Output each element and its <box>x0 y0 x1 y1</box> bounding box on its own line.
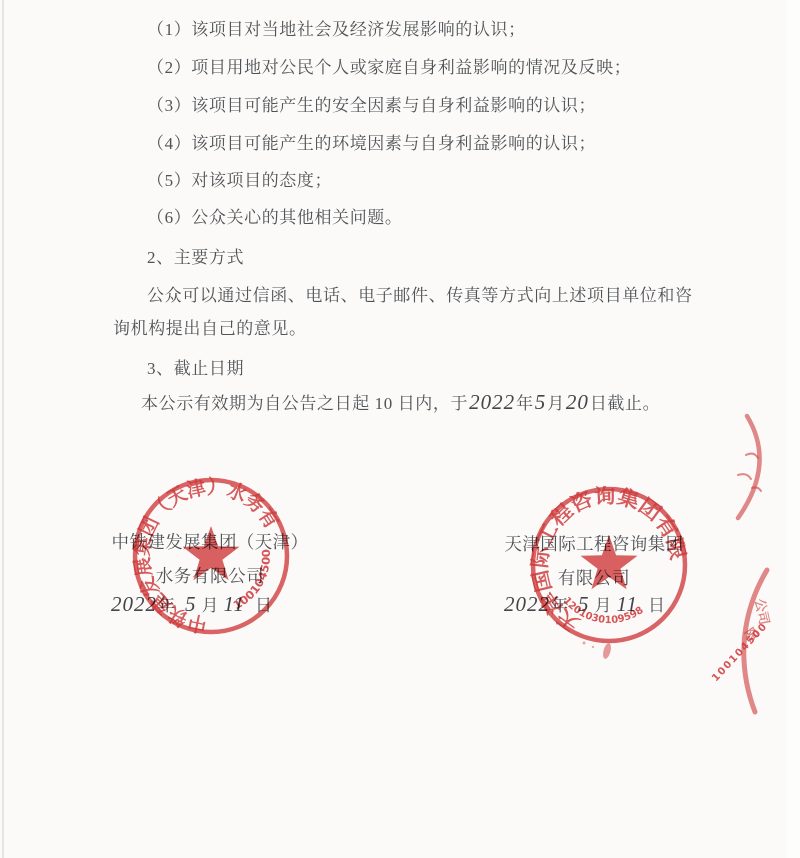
section2-paragraph-line1: 公众可以通过信函、电话、电子邮件、传真等方式向上述项目单位和咨 <box>147 286 693 306</box>
deadline-line: 本公示有效期为自公告之日起 10 日内，于2022年5月20日截止。 <box>141 394 660 414</box>
edge-stamp-lower-code: 100104500 <box>710 621 770 684</box>
seal-right-ink-speck <box>592 646 594 648</box>
seal-right-star-icon <box>581 535 638 589</box>
list-item-3: （3）该项目可能产生的安全因素与自身利益影响的认识； <box>147 96 596 116</box>
company-seal-left: 中铁建发展集团（天津）水务有限公司 100104500 <box>131 476 291 656</box>
list-item-2: （2）项目用地对公民个人或家庭自身利益影响的情况及反映； <box>147 58 631 78</box>
list-item-1: （1）该项目对当地社会及经济发展影响的认识； <box>147 20 526 40</box>
svg-text:100104500: 100104500 <box>231 548 273 612</box>
edge-stamp-upper-mark <box>738 474 751 479</box>
edge-stamp-upper-arc <box>738 416 760 518</box>
seal-right-ink-drip <box>602 642 613 659</box>
section2-heading: 2、主要方式 <box>147 248 244 268</box>
deadline-month-unit: 月 <box>547 394 565 413</box>
deadline-month-handwritten: 5 <box>535 390 547 414</box>
seal-left-star-icon <box>183 526 240 580</box>
edge-stamp-fragments: 公司 限 100104500 <box>700 400 800 720</box>
scan-edge-shadow <box>2 0 4 858</box>
scanned-document-page: （1）该项目对当地社会及经济发展影响的认识； （2）项目用地对公民个人或家庭自身… <box>0 0 800 858</box>
deadline-day-handwritten: 20 <box>566 390 589 414</box>
list-item-4: （4）该项目可能产生的环境因素与自身利益影响的认识； <box>147 134 596 154</box>
list-item-6: （6）公众关心的其他相关问题。 <box>147 208 403 228</box>
seal-right-ink-speck <box>583 642 586 645</box>
seal-left-code: 100104500 <box>231 548 273 612</box>
section2-paragraph-line2: 询机构提出自己的意见。 <box>113 319 307 339</box>
section3-heading: 3、截止日期 <box>147 359 244 379</box>
deadline-year-unit: 年 <box>516 394 534 413</box>
edge-stamp-upper-mark <box>746 454 758 458</box>
list-item-5: （5）对该项目的态度； <box>147 171 332 191</box>
deadline-suffix: 日截止。 <box>590 394 660 413</box>
company-seal-right: 天津国际工程咨询集团有限公司 1201030109598 <box>529 485 689 665</box>
deadline-prefix: 本公示有效期为自公告之日起 10 日内，于 <box>141 394 468 413</box>
deadline-year-handwritten: 2022 <box>469 390 515 414</box>
